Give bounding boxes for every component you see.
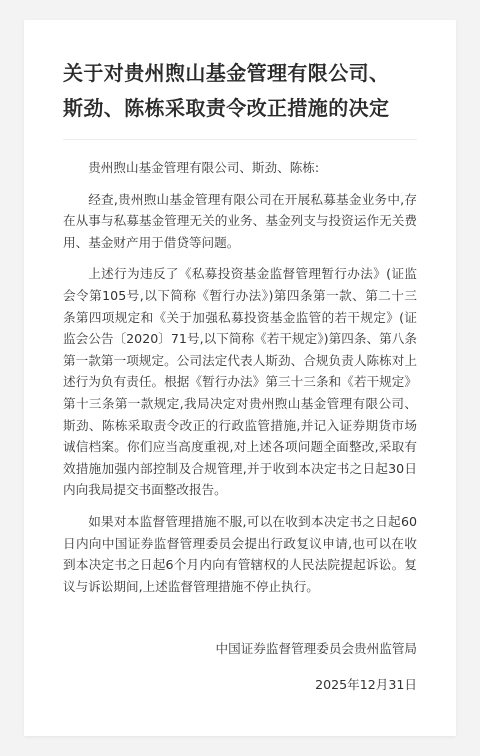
document-title: 关于对贵州煦山基金管理有限公司、 斯劲、陈栋采取责令改正措施的决定 [63,56,417,126]
signature-block: 中国证券监督管理委员会贵州监管局 2025年12月31日 [216,638,418,695]
title-line-1: 关于对贵州煦山基金管理有限公司、 [63,61,389,85]
issue-date: 2025年12月31日 [216,674,418,696]
title-line-2: 斯劲、陈栋采取责令改正措施的决定 [63,96,389,120]
salutation: 贵州煦山基金管理有限公司、斯劲、陈栋: [63,157,417,179]
document-body: 贵州煦山基金管理有限公司、斯劲、陈栋: 经查,贵州煦山基金管理有限公司在开展私募… [63,157,417,597]
title-divider [63,139,417,140]
paragraph-appeal-rights: 如果对本监督管理措施不服,可以在收到本决定书之日起60日内向中国证券监督管理委员… [63,511,417,597]
paragraph-violations-decision: 上述行为违反了《私募投资基金监督管理暂行办法》(证监会令第105号,以下简称《暂… [63,263,417,501]
issuer-name: 中国证券监督管理委员会贵州监管局 [216,638,418,660]
document-card: 关于对贵州煦山基金管理有限公司、 斯劲、陈栋采取责令改正措施的决定 贵州煦山基金… [24,20,456,736]
document-content: 关于对贵州煦山基金管理有限公司、 斯劲、陈栋采取责令改正措施的决定 贵州煦山基金… [63,20,417,607]
paragraph-findings: 经查,贵州煦山基金管理有限公司在开展私募基金业务中,存在从事与私募基金管理无关的… [63,189,417,254]
